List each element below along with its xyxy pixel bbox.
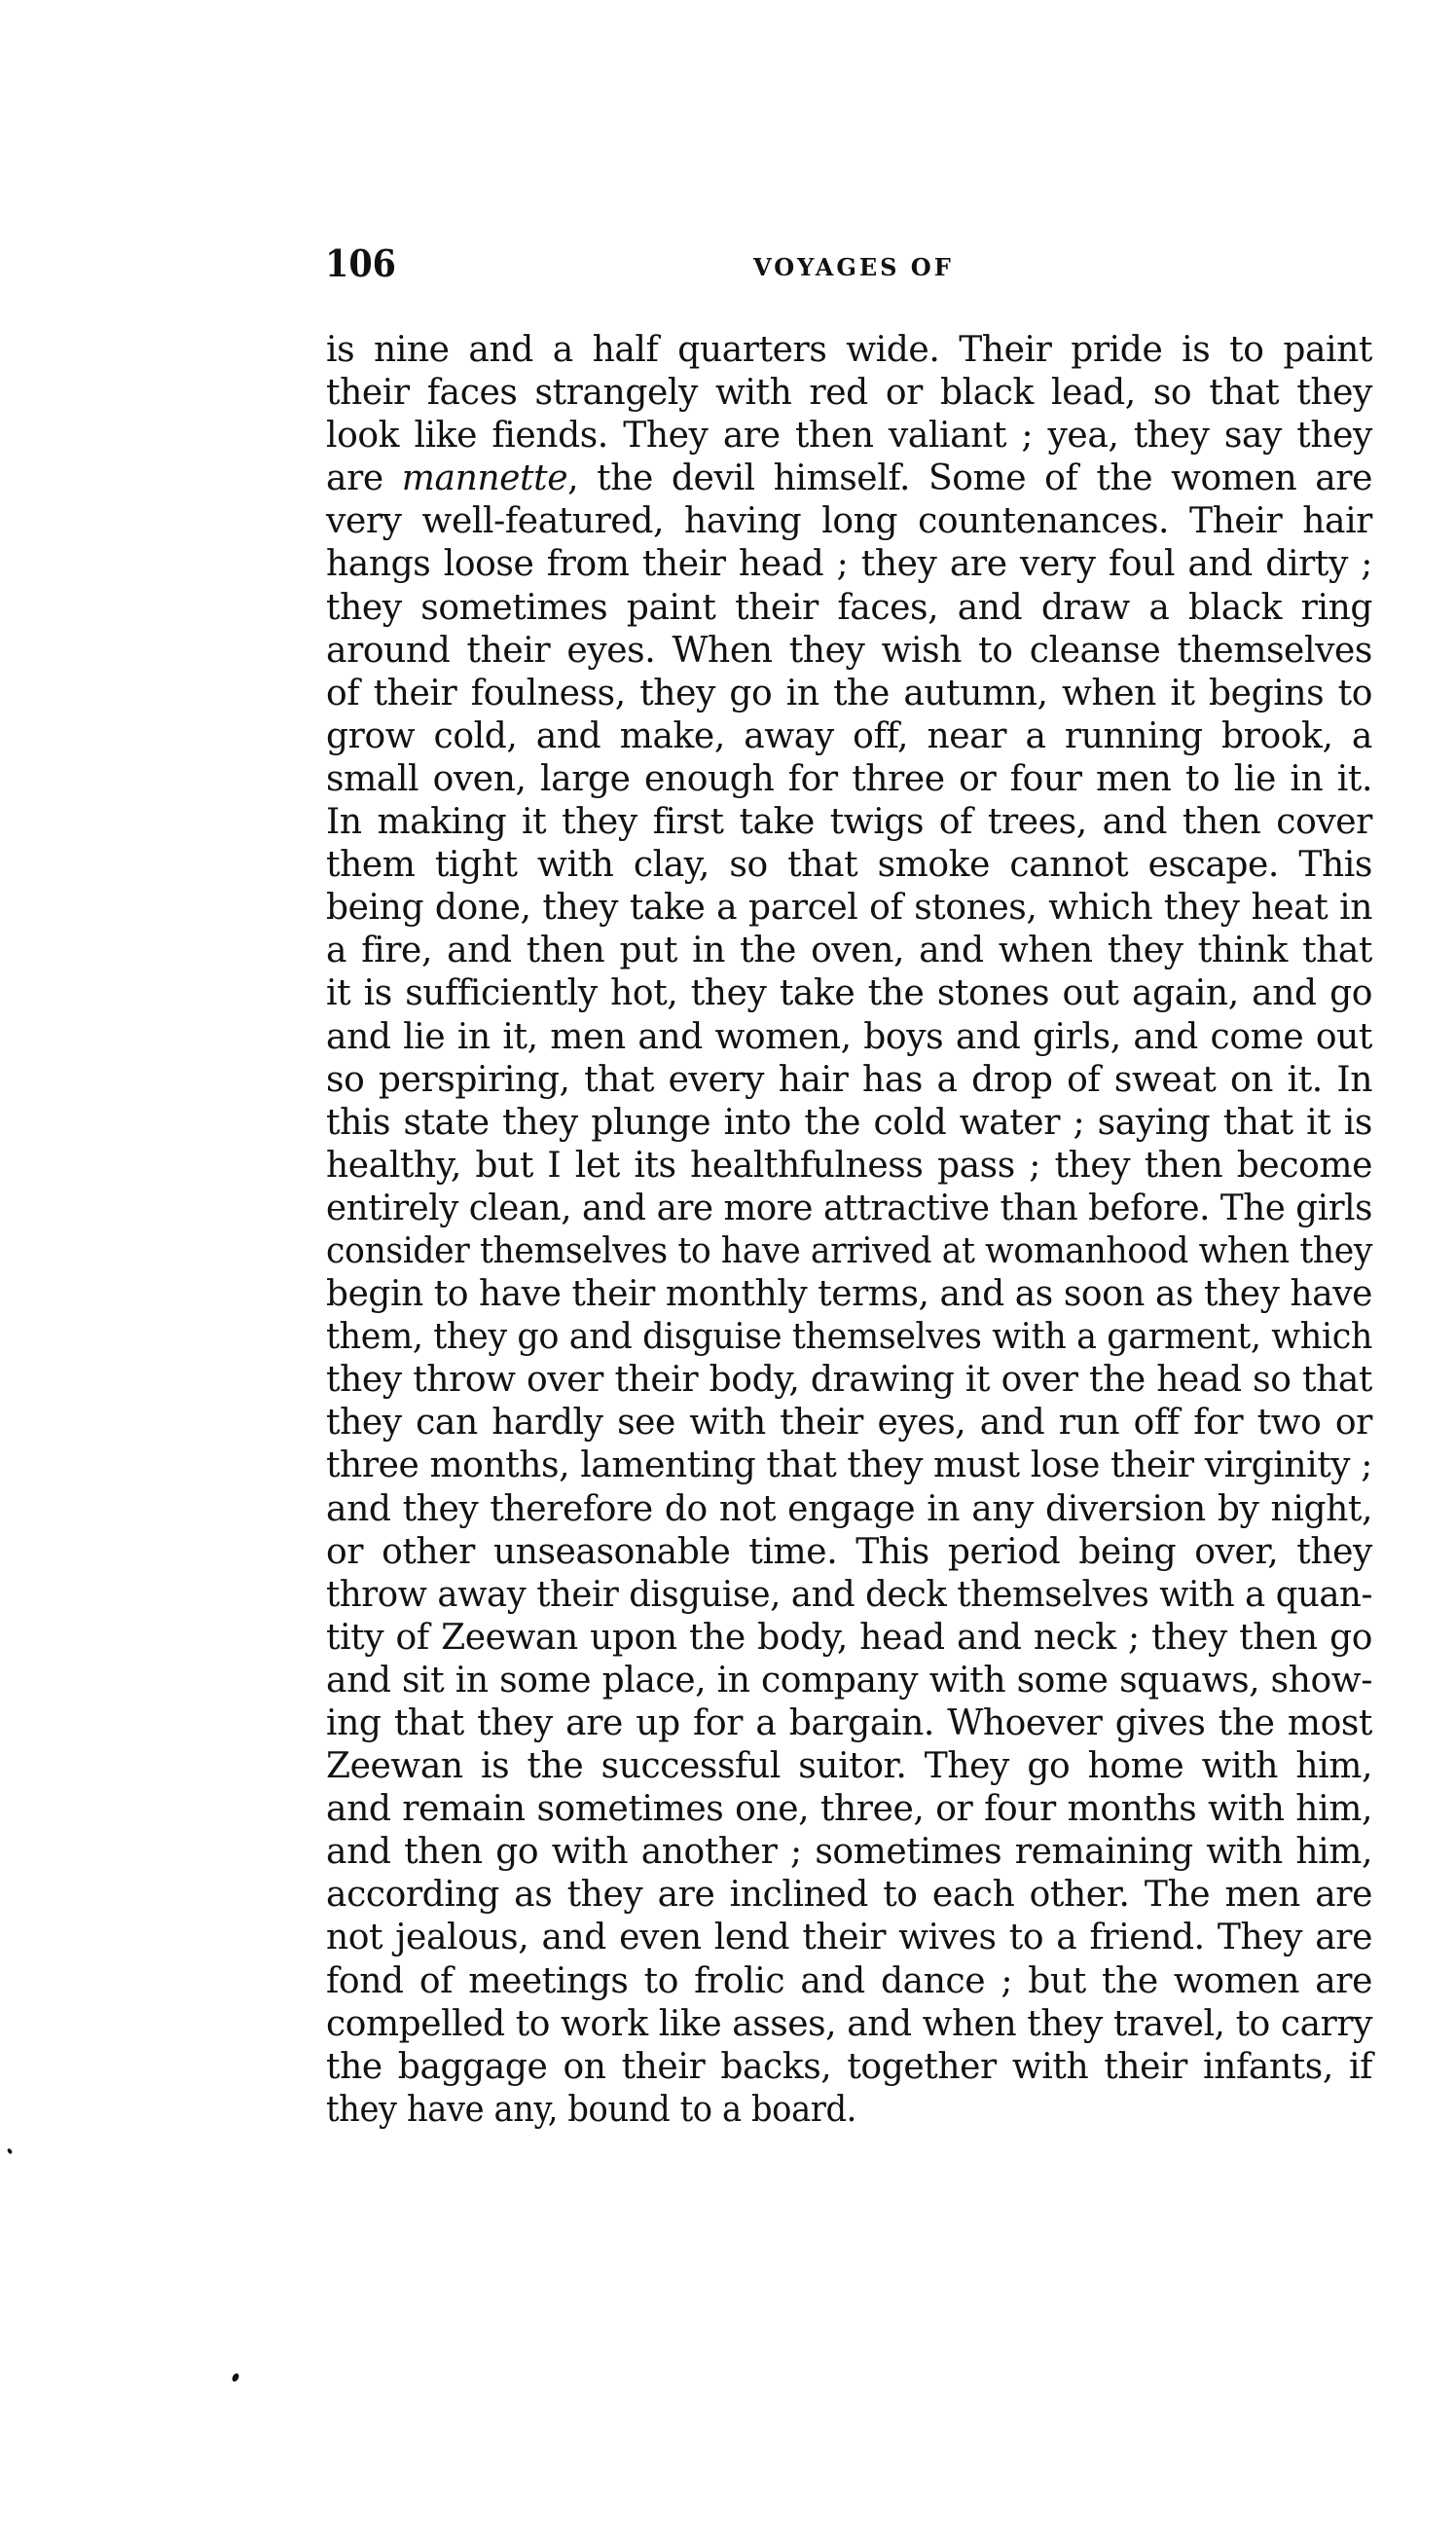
text-line: look like fiends. They are then valiant … bbox=[326, 415, 1372, 457]
text-line: of their foulness, they go in the autumn… bbox=[326, 673, 1372, 715]
text-line: In making it they first take twigs of tr… bbox=[326, 801, 1372, 844]
text-line: or other unseasonable time. This period … bbox=[326, 1531, 1372, 1574]
text-line: this state they plunge into the cold wat… bbox=[326, 1102, 1372, 1145]
text-line: fond of meetings to frolic and dance ; b… bbox=[326, 1960, 1372, 2003]
text-line: and they therefore do not engage in any … bbox=[326, 1488, 1372, 1531]
scan-speck bbox=[231, 2372, 240, 2383]
text-line: being done, they take a parcel of stones… bbox=[326, 887, 1372, 930]
text-line: is nine and a half quarters wide. Their … bbox=[326, 329, 1372, 372]
text-line: so perspiring, that every hair has a dro… bbox=[326, 1059, 1372, 1102]
text-line: a fire, and then put in the oven, and wh… bbox=[326, 930, 1372, 972]
text-line: begin to have their monthly terms, and a… bbox=[326, 1273, 1372, 1316]
text-line: the baggage on their backs, together wit… bbox=[326, 2046, 1372, 2089]
text-line: them tight with clay, so that smoke cann… bbox=[326, 844, 1372, 887]
text-line: them, they go and disguise themselves wi… bbox=[326, 1316, 1372, 1359]
text-line: it is sufficiently hot, they take the st… bbox=[326, 972, 1372, 1015]
text-line: according as they are inclined to each o… bbox=[326, 1874, 1372, 1917]
text-line: small oven, large enough for three or fo… bbox=[326, 758, 1372, 801]
running-head: VOYAGES OF bbox=[753, 253, 954, 281]
text-line: very well-featured, having long countena… bbox=[326, 500, 1372, 543]
page-number: 106 bbox=[325, 241, 396, 285]
italic-term: mannette bbox=[402, 458, 567, 498]
text-line: and lie in it, men and women, boys and g… bbox=[326, 1016, 1372, 1059]
text-line: consider themselves to have arrived at w… bbox=[326, 1230, 1372, 1273]
text-line: and then go with another ; sometimes rem… bbox=[326, 1831, 1372, 1874]
text-line: are mannette, the devil himself. Some of… bbox=[326, 457, 1372, 500]
scan-speck bbox=[7, 2147, 14, 2154]
text-line: grow cold, and make, away off, near a ru… bbox=[326, 715, 1372, 758]
text-line: they have any, bound to a board. bbox=[326, 2089, 1304, 2132]
text-line: they can hardly see with their eyes, and… bbox=[326, 1402, 1372, 1444]
text-line: they throw over their body, drawing it o… bbox=[326, 1359, 1372, 1402]
text-line: their faces strangely with red or black … bbox=[326, 372, 1372, 415]
text-line: they sometimes paint their faces, and dr… bbox=[326, 587, 1372, 630]
text-line: healthy, but I let its healthfulness pas… bbox=[326, 1145, 1372, 1188]
text-line: compelled to work like asses, and when t… bbox=[326, 2003, 1372, 2046]
text-line: and remain sometimes one, three, or four… bbox=[326, 1788, 1372, 1831]
text-line: not jealous, and even lend their wives t… bbox=[326, 1917, 1372, 1959]
text-line: three months, lamenting that they must l… bbox=[326, 1444, 1372, 1487]
text-line: tity of Zeewan upon the body, head and n… bbox=[326, 1617, 1372, 1660]
text-line: hangs loose from their head ; they are v… bbox=[326, 543, 1372, 586]
text-line: and sit in some place, in company with s… bbox=[326, 1660, 1372, 1702]
text-line: Zeewan is the successful suitor. They go… bbox=[326, 1745, 1372, 1788]
text-line: throw away their disguise, and deck them… bbox=[326, 1574, 1372, 1617]
body-text: is nine and a half quarters wide. Their … bbox=[326, 329, 1372, 2132]
text-line: ing that they are up for a bargain. Whoe… bbox=[326, 1702, 1372, 1745]
text-line: around their eyes. When they wish to cle… bbox=[326, 630, 1372, 673]
text-line: entirely clean, and are more attractive … bbox=[326, 1188, 1372, 1230]
page-header: 106 VOYAGES OF bbox=[325, 241, 1376, 290]
